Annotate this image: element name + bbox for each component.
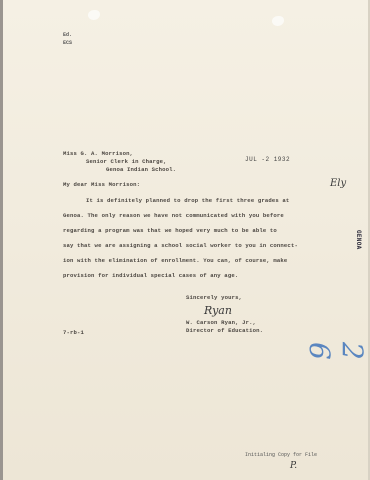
body-line-2: Genoa. The only reason we have not commu… (63, 212, 284, 219)
date-stamp: JUL -2 1932 (245, 156, 290, 163)
side-stamp: GENOA (355, 230, 362, 250)
signer-name: W. Carson Ryan, Jr., (186, 319, 256, 326)
addressee-title: Senior Clerk in Charge, (86, 158, 167, 165)
typist-reference: 7-rb-1 (63, 329, 84, 336)
body-line-1: It is definitely planned to drop the fir… (86, 197, 289, 204)
handwritten-number: 8 2 6 (303, 342, 370, 377)
addressee-organization: Genoa Indian School. (106, 166, 176, 173)
signer-title: Director of Education. (186, 327, 263, 334)
addressee-name: Miss G. A. Morrison, (63, 150, 133, 157)
salutation: My dear Miss Morrison: (63, 181, 140, 188)
signature: Ryan (204, 304, 232, 317)
letter-page (0, 0, 370, 480)
body-line-3: regarding a program was that we hoped ve… (63, 227, 277, 234)
footer-initial: P. (290, 461, 297, 471)
header-ref-2: ECS (63, 40, 72, 46)
body-line-6: provision for individual special cases o… (63, 272, 238, 279)
footer-note: Initialing Copy for File (245, 452, 317, 458)
closing: Sincerely yours, (186, 294, 242, 301)
body-line-4: say that we are assigning a school socia… (63, 242, 298, 249)
page-edge-left (0, 0, 3, 480)
header-ref-1: Ed. (63, 32, 72, 38)
margin-initials: Ely (330, 178, 346, 189)
body-line-5: ion with the elimination of enrollment. … (63, 257, 287, 264)
